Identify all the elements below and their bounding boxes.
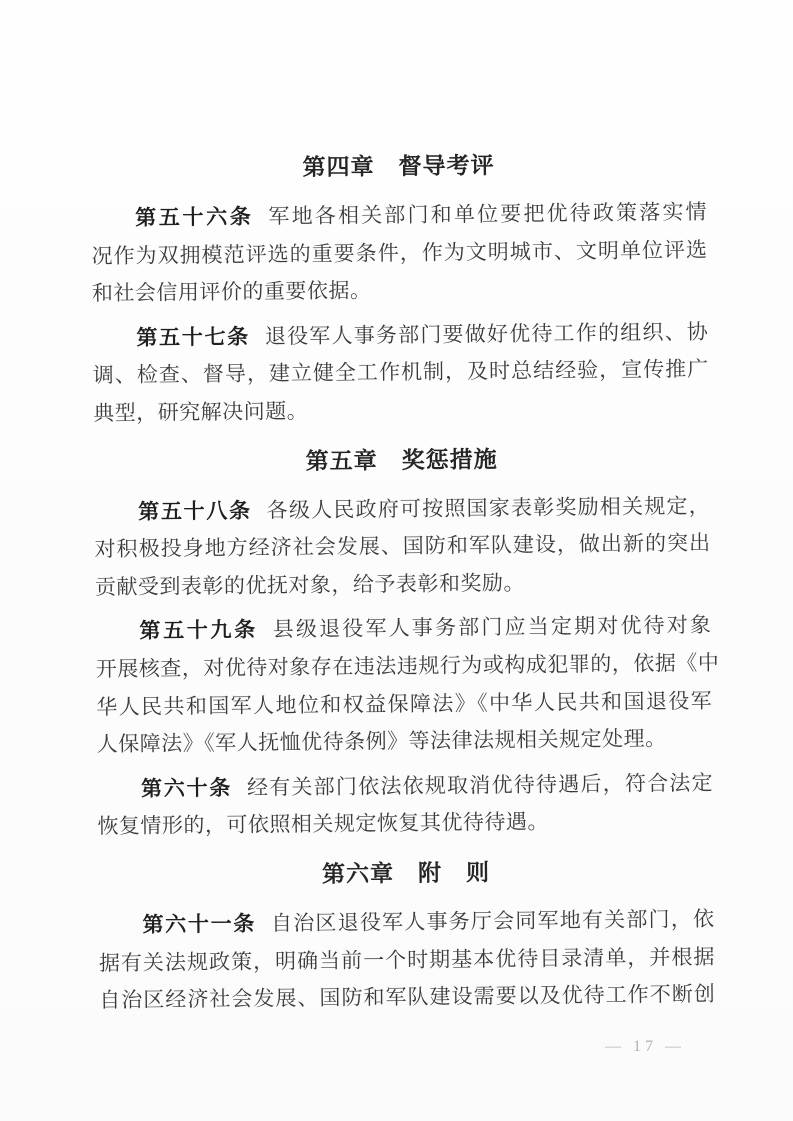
article-line: 况作为双拥模范评选的重要条件，作为文明城市、文明单位评选 bbox=[91, 231, 707, 275]
article-61: 第六十一条自治区退役军人事务厅会同军地有关部门，依 据有关法规政策，明确当前一个… bbox=[98, 901, 715, 1020]
article-line: 典型，研究解决问题。 bbox=[93, 389, 709, 433]
article-59: 第五十九条县级退役军人事务部门应当定期对优待对象 开展核查，对优待对象存在违法违… bbox=[95, 607, 713, 764]
article-text: 县级退役军人事务部门应当定期对优待对象 bbox=[273, 613, 712, 642]
article-line: 第五十六条军地各相关部门和单位要把优待政策落实情 bbox=[91, 194, 707, 238]
article-line: 第五十九条县级退役军人事务部门应当定期对优待对象 bbox=[95, 607, 711, 651]
article-number: 第五十六条 bbox=[135, 206, 254, 230]
article-line: 贡献受到表彰的优抚对象，给予表彰和奖励。 bbox=[95, 563, 711, 607]
article-line: 和社会信用评价的重要依据。 bbox=[92, 269, 708, 313]
article-line: 华人民共和国军人地位和权益保障法》《中华人民共和国退役军 bbox=[96, 682, 712, 726]
article-line: 调、检查、督导，建立健全工作机制，及时总结经验，宣传推广 bbox=[93, 351, 709, 395]
page-number: — 17 — bbox=[560, 1038, 730, 1056]
article-57: 第五十七条退役军人事务部门要做好优待工作的组织、协 调、检查、督导，建立健全工作… bbox=[92, 314, 709, 433]
chapter-heading-6: 第六章 附 则 bbox=[98, 854, 714, 892]
article-60: 第六十条经有关部门依法依规取消优待待遇后，符合法定 恢复情形的，可依照相关规定恢… bbox=[97, 764, 714, 846]
article-number: 第五十九条 bbox=[139, 619, 258, 643]
article-line: 第六十一条自治区退役军人事务厅会同军地有关部门，依 bbox=[98, 901, 714, 945]
article-number: 第五十七条 bbox=[136, 325, 250, 349]
article-number: 第五十八条 bbox=[138, 499, 252, 523]
article-line: 自治区经济社会发展、国防和军队建设需要以及优待工作不断创 bbox=[99, 976, 715, 1020]
article-text: 退役军人事务部门要做好优待工作的组织、协 bbox=[265, 320, 709, 349]
article-number: 第六十条 bbox=[141, 777, 232, 801]
article-text: 各级人民政府可按照国家表彰奖励相关规定， bbox=[267, 493, 711, 522]
article-line: 人保障法》《军人抚恤优待条例》等法律法规相关规定处理。 bbox=[96, 720, 712, 764]
article-line: 开展核查，对优待对象存在违法违规行为或构成犯罪的，依据《中 bbox=[96, 645, 712, 689]
document-body: 第四章 督导考评 第五十六条军地各相关部门和单位要把优待政策落实情 况作为双拥模… bbox=[90, 147, 715, 1027]
chapter-heading-5: 第五章 奖惩措施 bbox=[94, 440, 710, 478]
chapter-heading-4: 第四章 督导考评 bbox=[90, 147, 706, 185]
article-text: 军地各相关部门和单位要把优待政策落实情 bbox=[268, 200, 707, 229]
article-line: 第六十条经有关部门依法依规取消优待待遇后，符合法定 bbox=[97, 764, 713, 808]
article-text: 经有关部门依法依规取消优待待遇后，符合法定 bbox=[247, 770, 713, 799]
article-text: 自治区退役军人事务厅会同军地有关部门，依 bbox=[271, 907, 715, 936]
article-line: 据有关法规政策，明确当前一个时期基本优待目录清单，并根据 bbox=[99, 938, 715, 982]
article-line: 第五十八条各级人民政府可按照国家表彰奖励相关规定， bbox=[94, 487, 710, 531]
article-56: 第五十六条军地各相关部门和单位要把优待政策落实情 况作为双拥模范评选的重要条件，… bbox=[91, 194, 708, 313]
article-line: 恢复情形的，可依照相关规定恢复其优待待遇。 bbox=[97, 802, 713, 846]
article-58: 第五十八条各级人民政府可按照国家表彰奖励相关规定， 对积极投身地方经济社会发展、… bbox=[94, 487, 711, 606]
article-line: 第五十七条退役军人事务部门要做好优待工作的组织、协 bbox=[92, 314, 708, 358]
article-number: 第六十一条 bbox=[142, 912, 256, 936]
article-line: 对积极投身地方经济社会发展、国防和军队建设，做出新的突出 bbox=[94, 525, 710, 569]
